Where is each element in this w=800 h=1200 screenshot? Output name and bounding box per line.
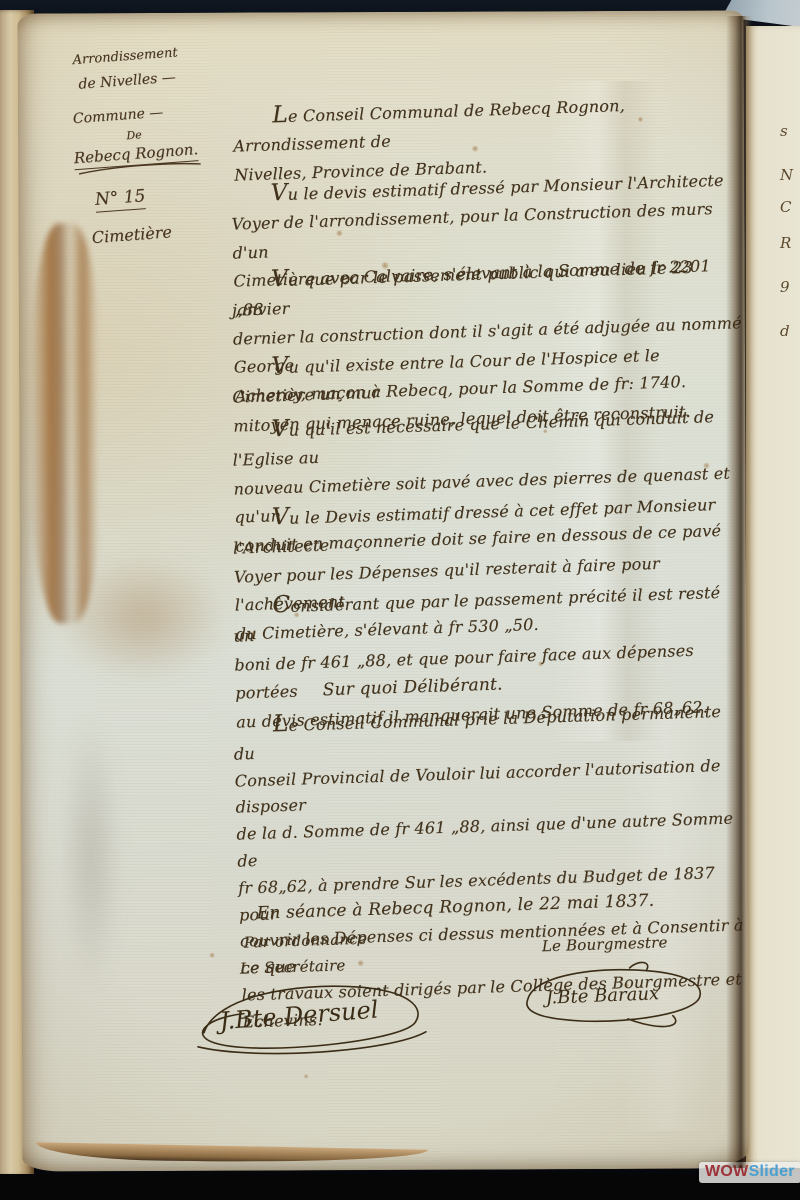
binding-gutter-shadow (726, 16, 752, 1168)
secretary-signature: J.Bte Dersuel (194, 970, 434, 1071)
margin-arrondissement-label: Arrondissement (72, 45, 178, 68)
facing-page: s N C R 9 d (746, 26, 800, 1168)
watermark-slider-text: Slider (749, 1163, 795, 1180)
margin-arrondissement-value: de Nivelles — (78, 70, 176, 93)
facing-page-letter: C (780, 198, 791, 216)
facing-page-letter: 9 (780, 278, 790, 296)
margin-commune-label: Commune — (72, 105, 163, 128)
facing-page-letter: d (780, 322, 790, 340)
ink-layer: Arrondissement de Nivelles — Commune — D… (17, 10, 748, 1171)
margin-subject: Cimetière (91, 222, 172, 247)
facing-page-letter: R (780, 234, 791, 252)
facing-page-letter: N (780, 166, 793, 184)
margin-commune-value: Rebecq Rognon. (73, 140, 205, 179)
svg-text:J.Bte Baraux: J.Bte Baraux (541, 983, 659, 1009)
margin-annotations: Arrondissement de Nivelles — Commune — D… (66, 37, 253, 279)
background-bottom (0, 1174, 800, 1200)
facing-page-letter: s (780, 122, 788, 140)
mayor-signature: J.Bte Baraux (514, 959, 714, 1034)
manuscript-page: Arrondissement de Nivelles — Commune — D… (17, 10, 748, 1171)
margin-de-word: De (126, 128, 142, 142)
archival-photo: s N C R 9 d Arrondissement de Nivelles —… (0, 0, 800, 1200)
margin-dossier-number: N° 15 (94, 186, 146, 210)
